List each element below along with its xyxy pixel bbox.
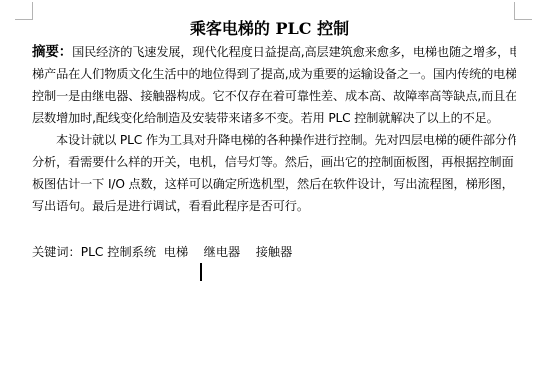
abstract-line-4: 层数增加时,配线变化给制造及安装带来诸多不变。若用 PLC 控制就解决了以上的不…	[32, 107, 516, 129]
paragraph2-line-1: 本设计就以 PLC 作为工具对升降电梯的各种操作进行控制。先对四层电梯的硬件部分…	[32, 129, 516, 151]
abstract-line-2: 梯产品在人们物质文化生活中的地位得到了提高,成为重要的运输设备之一。国内传统的电…	[32, 63, 516, 85]
text-cursor	[200, 263, 202, 281]
document-title: 乘客电梯的 PLC 控制	[0, 17, 539, 41]
keywords-line: 关键词：PLC 控制系统 电梯 继电器 接触器	[32, 242, 292, 262]
abstract-text: 国民经济的飞速发展，现代化程度日益提高,高层建筑愈来愈多，电梯也随之增多，电	[72, 45, 516, 59]
abstract-line-1: 摘要：国民经济的飞速发展，现代化程度日益提高,高层建筑愈来愈多，电梯也随之增多，…	[32, 41, 516, 63]
document-body[interactable]: 摘要：国民经济的飞速发展，现代化程度日益提高,高层建筑愈来愈多，电梯也随之增多，…	[32, 41, 516, 217]
paragraph2-line-2: 分析，看需要什么样的开关，电机，信号灯等。然后，画出它的控制面板图，再根据控制面	[32, 151, 516, 173]
paragraph2-line-3: 板图估计一下 I/O 点数，这样可以确定所选机型，然后在软件设计，写出流程图，梯…	[32, 173, 516, 195]
abstract-label: 摘要：	[32, 44, 72, 60]
abstract-line-3: 控制一是由继电器、接触器构成。它不仅存在着可靠性差、成本高、故障率高等缺点,而且…	[32, 85, 516, 107]
paragraph2-line-4: 写出语句。最后是进行调试，看看此程序是否可行。	[32, 195, 516, 217]
